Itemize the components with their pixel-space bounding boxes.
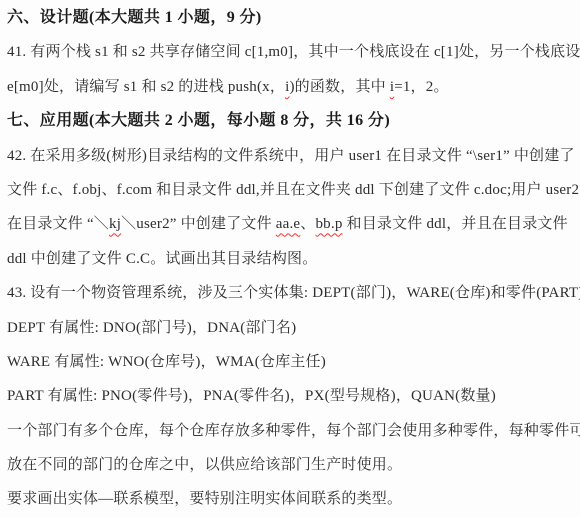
q43-attributes-ware: WARE 有属性: WNO(仓库号)，WMA(仓库主任): [7, 345, 576, 379]
q42-line-4: ddl 中创建了文件 C.C。试画出其目录结构图。: [7, 242, 576, 276]
q42-text-segment: ＼user2” 中创建了文件: [121, 216, 276, 232]
misspelled-word-bb-p: bb.p: [315, 216, 342, 232]
misspelled-word-aa-e: aa.e: [276, 216, 301, 232]
q43-attributes-part: PART 有属性: PNO(零件号)，PNA(零件名)，PX(型号规格)，QUA…: [7, 379, 576, 413]
section-6-heading: 六、设计题(本大题共 1 小题，9 分): [7, 1, 576, 35]
q41-line-1: 41. 有两个栈 s1 和 s2 共享存储空间 c[1,m0]，其中一个栈底设在…: [7, 35, 576, 69]
exam-document-page: 六、设计题(本大题共 1 小题，9 分) 41. 有两个栈 s1 和 s2 共享…: [0, 0, 580, 518]
q41-text-segment: =1，2。: [394, 79, 448, 95]
q42-line-1: 42. 在采用多级(树形)目录结构的文件系统中，用户 user1 在目录文件 “…: [7, 139, 576, 173]
q43-requirement-line: 要求画出实体—联系模型，要特别注明实体间联系的类型。: [7, 482, 576, 516]
q42-line-3: 在目录文件 “＼kj＼user2” 中创建了文件 aa.e、bb.p 和目录文件…: [7, 207, 576, 241]
section-7-heading: 七、应用题(本大题共 2 小题，每小题 8 分，共 16 分): [7, 104, 576, 138]
q42-text-segment: 和目录文件 ddl，并且在目录文件: [343, 216, 568, 232]
q43-description-line-2: 放在不同的部门的仓库之中，以供应给该部门生产时使用。: [7, 448, 576, 482]
q41-text-segment: e[m0]处，请编写 s1 和 s2 的进栈 push(x，: [7, 79, 285, 95]
q43-description-line-1: 一个部门有多个仓库，每个仓库存放多种零件，每个部门会使用多种零件，每种零件可存: [7, 414, 576, 448]
q41-line-2: e[m0]处，请编写 s1 和 s2 的进栈 push(x，i)的函数，其中 i…: [7, 70, 576, 104]
q41-text-segment: )的函数，其中: [289, 79, 389, 95]
q42-text-segment: 、: [300, 216, 315, 232]
q43-attributes-dept: DEPT 有属性: DNO(部门号)，DNA(部门名): [7, 311, 576, 345]
q42-line-2: 文件 f.c、f.obj、f.com 和目录文件 ddl,并且在文件夹 ddl …: [7, 173, 576, 207]
q42-text-segment: 在目录文件 “＼: [7, 216, 109, 232]
misspelled-word-kj: kj: [109, 216, 121, 232]
q43-line-1: 43. 设有一个物资管理系统，涉及三个实体集: DEPT(部门)，WARE(仓库…: [7, 276, 576, 310]
